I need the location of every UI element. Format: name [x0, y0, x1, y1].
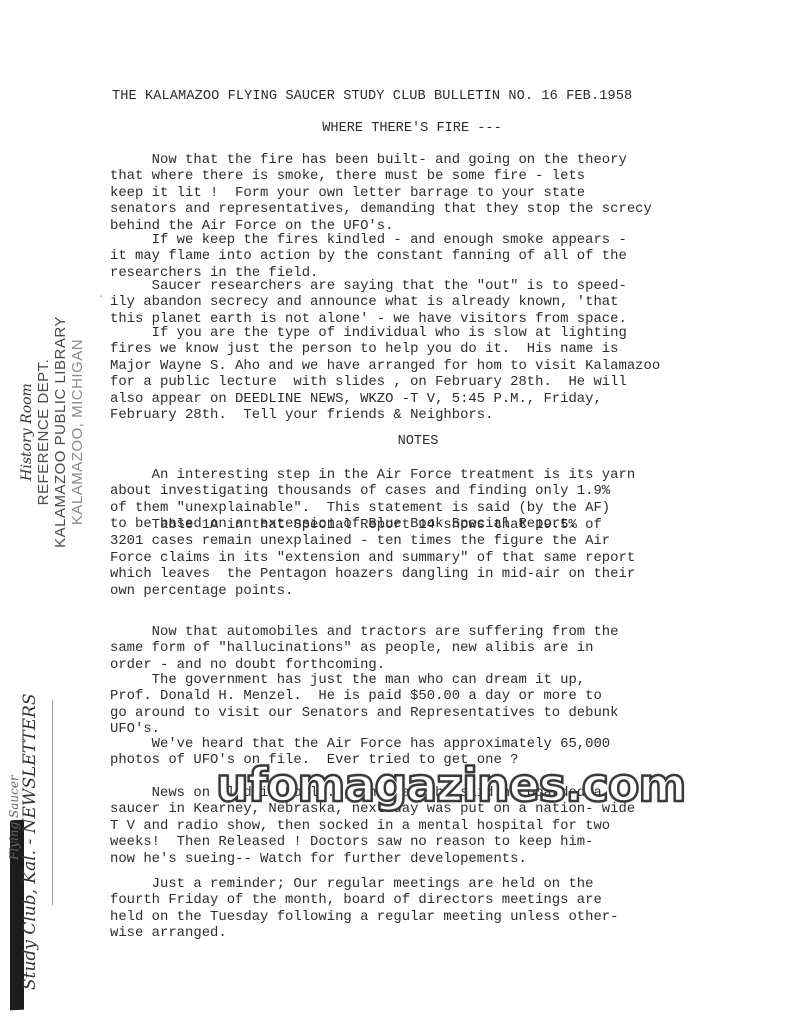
text-line: Just a reminder; Our regular meetings ar…: [110, 876, 720, 892]
scanned-document-page: THE KALAMAZOO FLYING SAUCER STUDY CLUB B…: [0, 0, 800, 1036]
text-line: 3201 cases remain unexplained - ten time…: [110, 533, 720, 549]
text-line: Now that the fire has been built- and go…: [110, 152, 720, 168]
margin-note-line-2: Study Club, Kal. - NEWSLETTERS: [21, 693, 40, 990]
text-line: also appear on DEEDLINE NEWS, WKZO -T V,…: [110, 391, 720, 407]
text-line: Major Wayne S. Aho and we have arranged …: [110, 358, 720, 374]
text-line: order - and no doubt forthcoming.: [110, 657, 720, 673]
text-line: same form of "hallucinations" as people,…: [110, 640, 720, 656]
text-line: Table 1A in that Special Report 14 shows…: [110, 517, 720, 533]
paragraph-letter-barrage: Now that the fire has been built- and go…: [110, 152, 720, 234]
paragraph-special-report-14: Table 1A in that Special Report 14 shows…: [110, 517, 720, 599]
text-line: If we keep the fires kindled - and enoug…: [110, 232, 720, 248]
text-line: of them "unexplainable". This statement …: [110, 500, 720, 516]
paragraph-fires-kindled: If we keep the fires kindled - and enoug…: [110, 232, 720, 281]
bulletin-title: THE KALAMAZOO FLYING SAUCER STUDY CLUB B…: [112, 89, 712, 104]
text-line: An interesting step in the Air Force tre…: [110, 467, 720, 483]
watermark-logo: ufomagazines.com: [216, 760, 616, 810]
text-line: February 28th. Tell your friends & Neigh…: [110, 407, 720, 423]
text-line: Prof. Donald H. Menzel. He is paid $50.0…: [110, 688, 720, 704]
text-line: fourth Friday of the month, board of dir…: [110, 892, 720, 908]
text-line: for a public lecture with slides , on Fe…: [110, 374, 720, 390]
text-line: go around to visit our Senators and Repr…: [110, 705, 720, 721]
text-line: held on the Tuesday following a regular …: [110, 909, 720, 925]
paragraph-automobiles-tractors: Now that automobiles and tractors are su…: [110, 624, 720, 673]
text-line: weeks! Then Released ! Doctors saw no re…: [110, 834, 720, 850]
text-line: Saucer researchers are saying that the "…: [110, 278, 720, 294]
paragraph-saucer-researchers: Saucer researchers are saying that the "…: [110, 278, 720, 327]
scan-speck: .: [98, 290, 104, 301]
text-line: ily abandon secrecy and announce what is…: [110, 294, 720, 310]
text-line: Now that automobiles and tractors are su…: [110, 624, 720, 640]
text-line: now he's sueing-- Watch for further deve…: [110, 851, 720, 867]
text-line: it may flame into action by the constant…: [110, 248, 720, 264]
text-line: T V and radio show, then socked in a men…: [110, 818, 720, 834]
text-line: The government has just the man who can …: [110, 672, 720, 688]
text-line: Force claims in its "extension and summa…: [110, 550, 720, 566]
text-line: that where there is smoke, there must be…: [110, 168, 720, 184]
text-line: If you are the type of individual who is…: [110, 325, 720, 341]
paragraph-meeting-reminder: Just a reminder; Our regular meetings ar…: [110, 876, 720, 942]
section-heading-notes: NOTES: [0, 434, 800, 449]
paragraph-menzel: The government has just the man who can …: [110, 672, 720, 738]
text-line: which leaves the Pentagon hoazers dangli…: [110, 566, 720, 582]
paragraph-wayne-aho-lecture: If you are the type of individual who is…: [110, 325, 720, 423]
margin-rule-line: [52, 700, 53, 905]
text-line: own percentage points.: [110, 583, 720, 599]
text-line: about investigating thousands of cases a…: [110, 483, 720, 499]
stamp-line-library: KALAMAZOO PUBLIC LIBRARY: [52, 282, 69, 582]
text-line: We've heard that the Air Force has appro…: [110, 736, 720, 752]
section-heading-where-theres-fire: WHERE THERE'S FIRE ---: [0, 121, 800, 136]
stamp-line-city: KALAMAZOO, MICHIGAN: [69, 282, 86, 582]
text-line: fires we know just the person to help yo…: [110, 341, 720, 357]
text-line: senators and representatives, demanding …: [110, 201, 720, 217]
stamp-line-department: REFERENCE DEPT.: [35, 282, 52, 582]
text-line: keep it lit ! Form your own letter barra…: [110, 185, 720, 201]
stamp-handwritten-note: History Room: [20, 282, 35, 582]
text-line: wise arranged.: [110, 925, 720, 941]
